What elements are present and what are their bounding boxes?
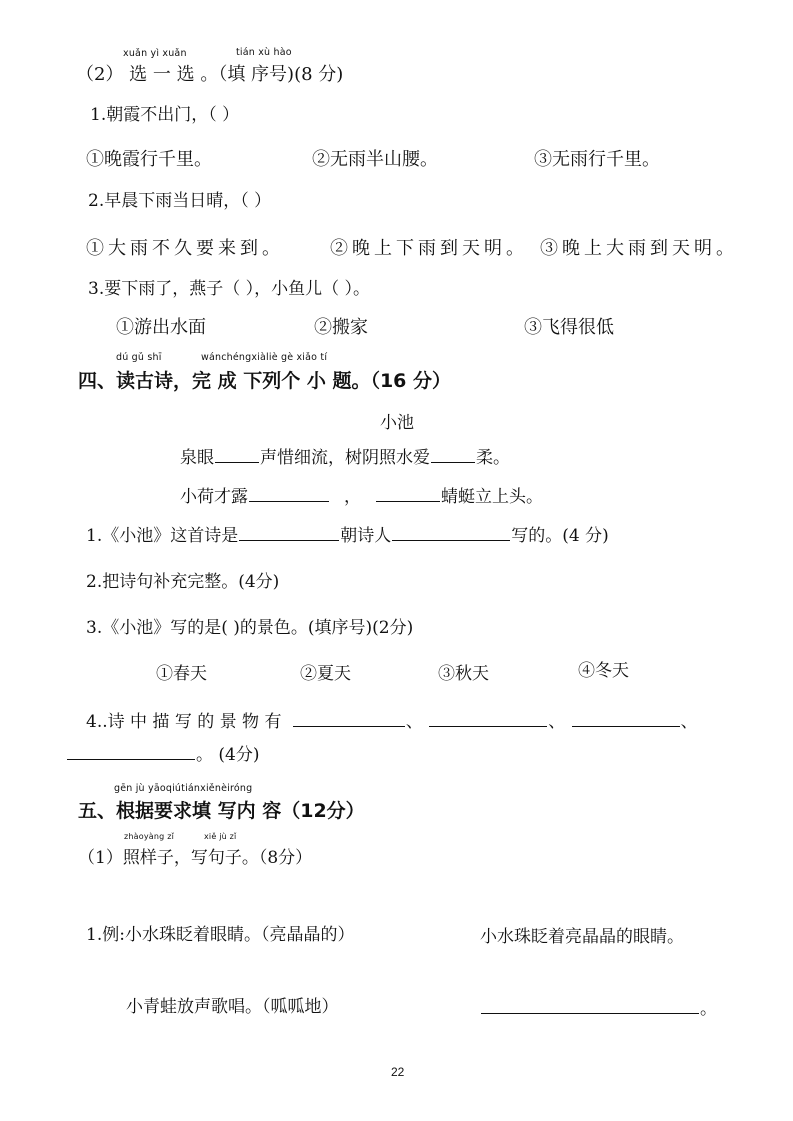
s4-question-4: 4..诗 中 描 写 的 景 物 有 、 、 、 (86, 707, 698, 732)
fill-blank[interactable] (249, 500, 329, 502)
scenery-blank-1[interactable] (293, 725, 405, 727)
q2-option-1: ①大雨不久要来到。 (86, 234, 284, 260)
pinyin-annotation: wánchéngxiàliè gè xiǎo tí (201, 352, 327, 363)
q3-option-3: ③飞得很低 (524, 313, 614, 339)
poet-blank[interactable] (392, 539, 510, 541)
s4-question-3-stem: 3.《小池》写的是( )的景色。(填序号)(2分) (86, 613, 413, 638)
season-option-3: ③秋天 (438, 659, 489, 684)
pinyin-annotation: dú gǔ shī (116, 352, 162, 363)
answer-blank[interactable] (481, 1012, 699, 1014)
part2-heading: （2） 选 一 选 。（填 序号)(8 分) (76, 60, 343, 86)
q2-option-2: ②晚上下雨到天明。 (330, 234, 528, 260)
pinyin-annotation: xuǎn yì xuǎn (123, 48, 187, 59)
poem-text: 柔。 (476, 448, 510, 468)
question-text: 1.《小池》这首诗是 (86, 526, 238, 546)
q3-option-1: ①游出水面 (116, 313, 206, 339)
poem-text: ， (344, 487, 361, 507)
q1-option-2: ②无雨半山腰。 (312, 145, 438, 171)
dynasty-blank[interactable] (239, 539, 339, 541)
scenery-blank-3[interactable] (572, 725, 680, 727)
s4-question-2: 2.把诗句补充完整。(4分) (86, 567, 279, 592)
poem-text: 蜻蜓立上头。 (441, 487, 543, 507)
q3-option-2: ②搬家 (314, 313, 368, 339)
exercise-sentence: 小青蛙放声歌唱。（呱呱地） (126, 992, 339, 1017)
poem-line-2: 小荷才露，蜻蜓立上头。 (180, 482, 543, 507)
question-text: 。 (4分) (196, 745, 259, 765)
pinyin-annotation: gēn jù yāoqiútiánxiěnèiróng (114, 783, 252, 794)
section-5-heading: 五、根据要求填 写内 容（12分） (78, 796, 365, 823)
pinyin-annotation: xiě jù zǐ (204, 832, 236, 841)
poem-text: 小荷才露 (180, 487, 248, 507)
pinyin-annotation: zhàoyàng zǐ (124, 832, 174, 841)
separator: 、 (406, 712, 423, 732)
scenery-blank-4[interactable] (67, 758, 195, 760)
s4-question-4-cont: 。 (4分) (66, 740, 259, 765)
poem-text: 泉眼 (180, 448, 214, 468)
fill-blank[interactable] (215, 461, 259, 463)
s4-question-1: 1.《小池》这首诗是朝诗人写的。(4 分) (86, 521, 609, 546)
separator: 、 (681, 712, 698, 732)
poem-text: 声惜细流，树阴照水爱 (260, 448, 430, 468)
fill-blank[interactable] (431, 461, 475, 463)
season-option-4: ④冬天 (578, 656, 629, 681)
pinyin-annotation: tián xù hào (236, 47, 292, 58)
separator: 、 (548, 712, 565, 732)
question-text: 4..诗 中 描 写 的 景 物 有 (86, 712, 281, 732)
question-text: 朝诗人 (340, 526, 391, 546)
exercise-answer-line: 。 (480, 994, 717, 1019)
subsection-1-heading: （1）照样子，写句子。（8分） (78, 843, 312, 868)
example-answer: 小水珠眨着亮晶晶的眼睛。 (480, 922, 684, 947)
q1-option-3: ③无雨行千里。 (534, 145, 660, 171)
season-option-2: ②夏天 (300, 659, 351, 684)
page-number: 22 (391, 1065, 404, 1079)
example-sentence: 1.例:小水珠眨着眼睛。（亮晶晶的） (86, 920, 354, 945)
q2-option-3: ③晚上大雨到天明。 (540, 234, 738, 260)
poem-line-1: 泉眼声惜细流，树阴照水爱柔。 (180, 443, 510, 468)
question-2-stem: 2.早晨下雨当日晴，（ ） (88, 186, 271, 211)
fill-blank[interactable] (376, 500, 440, 502)
question-1-stem: 1.朝霞不出门，（ ） (90, 100, 239, 125)
question-3-stem: 3.要下雨了，燕子（ ），小鱼儿（ ）。 (88, 274, 370, 299)
period: 。 (700, 999, 717, 1019)
question-text: 写的。(4 分) (511, 526, 608, 546)
poem-title: 小池 (380, 408, 414, 433)
season-option-1: ①春天 (156, 659, 207, 684)
q1-option-1: ①晚霞行千里。 (86, 145, 212, 171)
scenery-blank-2[interactable] (429, 725, 547, 727)
section-4-heading: 四、读古诗，完 成 下列个 小 题。（16 分） (78, 366, 451, 393)
